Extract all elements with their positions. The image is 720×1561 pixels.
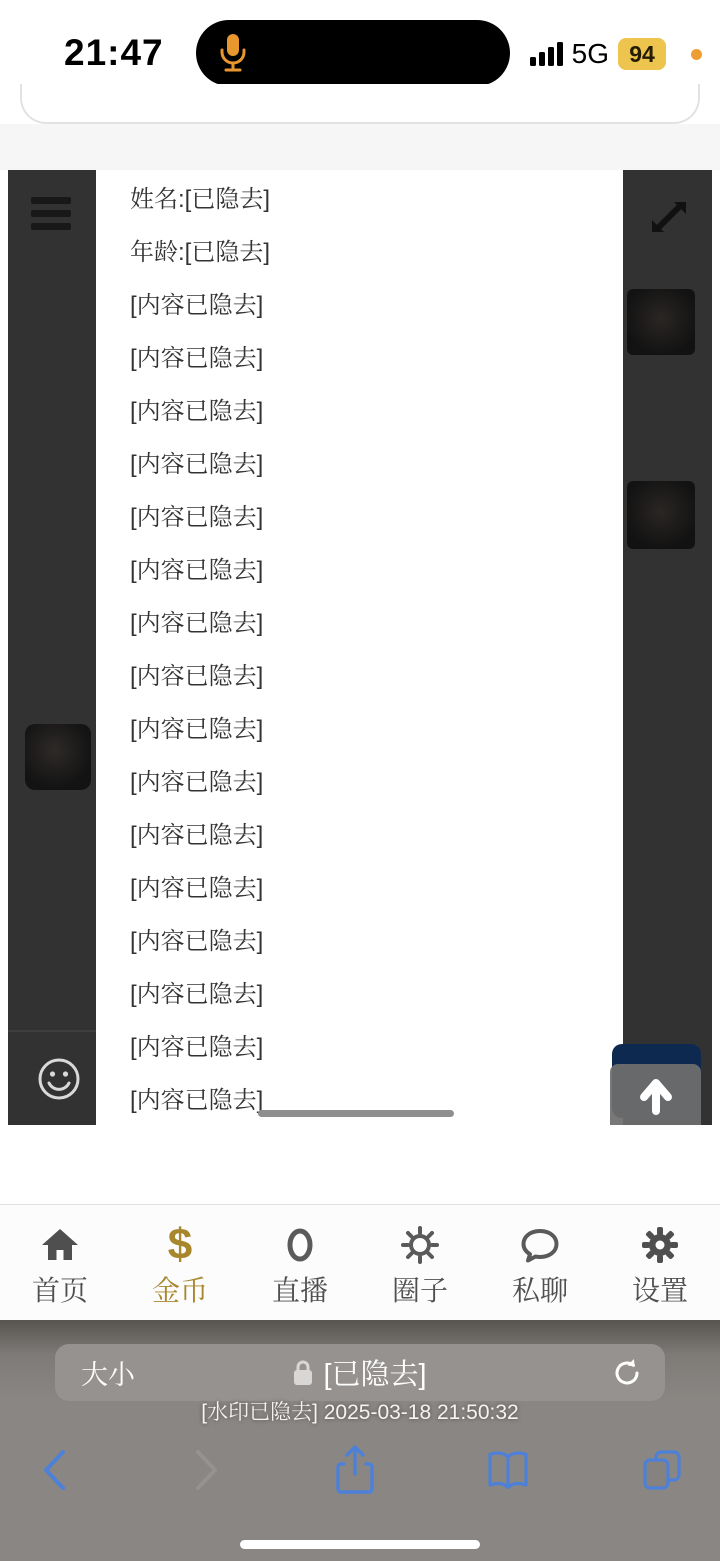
home-indicator[interactable] bbox=[240, 1540, 480, 1549]
profile-field: [内容已隐去] bbox=[130, 435, 623, 488]
profile-field: [内容已隐去] bbox=[130, 912, 623, 965]
gear-icon bbox=[640, 1223, 680, 1267]
tab-settings[interactable]: 设置 bbox=[600, 1205, 720, 1320]
mic-active-dot bbox=[691, 49, 702, 60]
forward-button[interactable] bbox=[185, 1447, 225, 1498]
avatar[interactable] bbox=[25, 724, 91, 790]
profile-field: [内容已隐去] bbox=[130, 700, 623, 753]
browser-chrome: 大小 [已隐去] [水印已隐去] 2025-03-18 21:50:32 bbox=[0, 1320, 720, 1561]
tab-label: 金币 bbox=[152, 1269, 208, 1309]
profile-field: [内容已隐去] bbox=[130, 488, 623, 541]
lock-icon bbox=[293, 1359, 313, 1386]
profile-field: [内容已隐去] bbox=[130, 806, 623, 859]
tab-label: 直播 bbox=[272, 1269, 328, 1309]
emoji-icon[interactable] bbox=[36, 1056, 82, 1107]
watermark-text: [水印已隐去] 2025-03-18 21:50:32 bbox=[0, 1396, 720, 1426]
live-icon bbox=[280, 1223, 320, 1267]
tab-label: 私聊 bbox=[512, 1269, 568, 1309]
sun-badge-icon bbox=[400, 1223, 440, 1267]
browser-toolbar bbox=[0, 1432, 720, 1512]
post-thumbnail bbox=[627, 481, 695, 549]
profile-field: [内容已隐去] bbox=[130, 859, 623, 912]
profile-field: 姓名:[已隐去] bbox=[130, 170, 623, 223]
url-text: [已隐去] bbox=[323, 1352, 426, 1393]
chat-bubble-icon bbox=[520, 1223, 560, 1267]
clock: 21:47 bbox=[64, 32, 164, 74]
arrow-up-icon bbox=[634, 1073, 678, 1117]
tab-coins[interactable]: $ 金币 bbox=[120, 1205, 240, 1320]
status-indicators: 5G 94 bbox=[530, 36, 702, 72]
tab-label: 首页 bbox=[32, 1269, 88, 1309]
bookmarks-icon[interactable] bbox=[485, 1448, 531, 1497]
profile-field: [内容已隐去] bbox=[130, 965, 623, 1018]
profile-field-list: 姓名:[已隐去] 年龄:[已隐去] [内容已隐去] [内容已隐去] [内容已隐去… bbox=[96, 160, 623, 1124]
app-tab-bar: 首页 $ 金币 直播 bbox=[0, 1204, 720, 1320]
battery-badge: 94 bbox=[618, 38, 666, 70]
profile-field: [内容已隐去] bbox=[130, 541, 623, 594]
address-bar[interactable]: 大小 [已隐去] bbox=[55, 1344, 665, 1401]
tab-home[interactable]: 首页 bbox=[0, 1205, 120, 1320]
sidebar-divider bbox=[8, 1030, 96, 1032]
expand-icon[interactable] bbox=[646, 194, 692, 245]
horizontal-scrollbar[interactable] bbox=[258, 1110, 454, 1117]
profile-field: [内容已隐去] bbox=[130, 329, 623, 382]
tab-label: 设置 bbox=[632, 1269, 688, 1309]
tab-label: 圈子 bbox=[392, 1269, 448, 1309]
screen: 21:47 5G 94 bbox=[0, 0, 720, 1561]
profile-field: [内容已隐去] bbox=[130, 647, 623, 700]
url-display[interactable]: [已隐去] bbox=[55, 1344, 665, 1401]
network-type: 5G bbox=[572, 38, 609, 70]
back-button[interactable] bbox=[36, 1447, 76, 1498]
share-icon[interactable] bbox=[334, 1444, 376, 1501]
profile-field: [内容已隐去] bbox=[130, 1018, 623, 1071]
profile-field: 年龄:[已隐去] bbox=[130, 223, 623, 276]
menu-icon[interactable] bbox=[31, 197, 71, 236]
microphone-icon bbox=[218, 32, 248, 79]
profile-field: [内容已隐去] bbox=[130, 753, 623, 806]
signal-strength-icon bbox=[530, 42, 563, 66]
page-card-edge bbox=[20, 84, 700, 124]
tab-circles[interactable]: 圈子 bbox=[360, 1205, 480, 1320]
dynamic-island bbox=[196, 20, 510, 86]
background-band bbox=[0, 1125, 720, 1204]
tab-chat[interactable]: 私聊 bbox=[480, 1205, 600, 1320]
reload-icon[interactable] bbox=[611, 1357, 643, 1394]
tab-live[interactable]: 直播 bbox=[240, 1205, 360, 1320]
home-icon bbox=[40, 1223, 80, 1267]
profile-field: [内容已隐去] bbox=[130, 382, 623, 435]
profile-field: [内容已隐去] bbox=[130, 594, 623, 647]
dimmed-left-sidebar bbox=[8, 170, 96, 1125]
post-thumbnail bbox=[627, 289, 695, 355]
tabs-icon[interactable] bbox=[640, 1447, 684, 1498]
coin-icon: $ bbox=[168, 1223, 192, 1267]
profile-field: [内容已隐去] bbox=[130, 276, 623, 329]
